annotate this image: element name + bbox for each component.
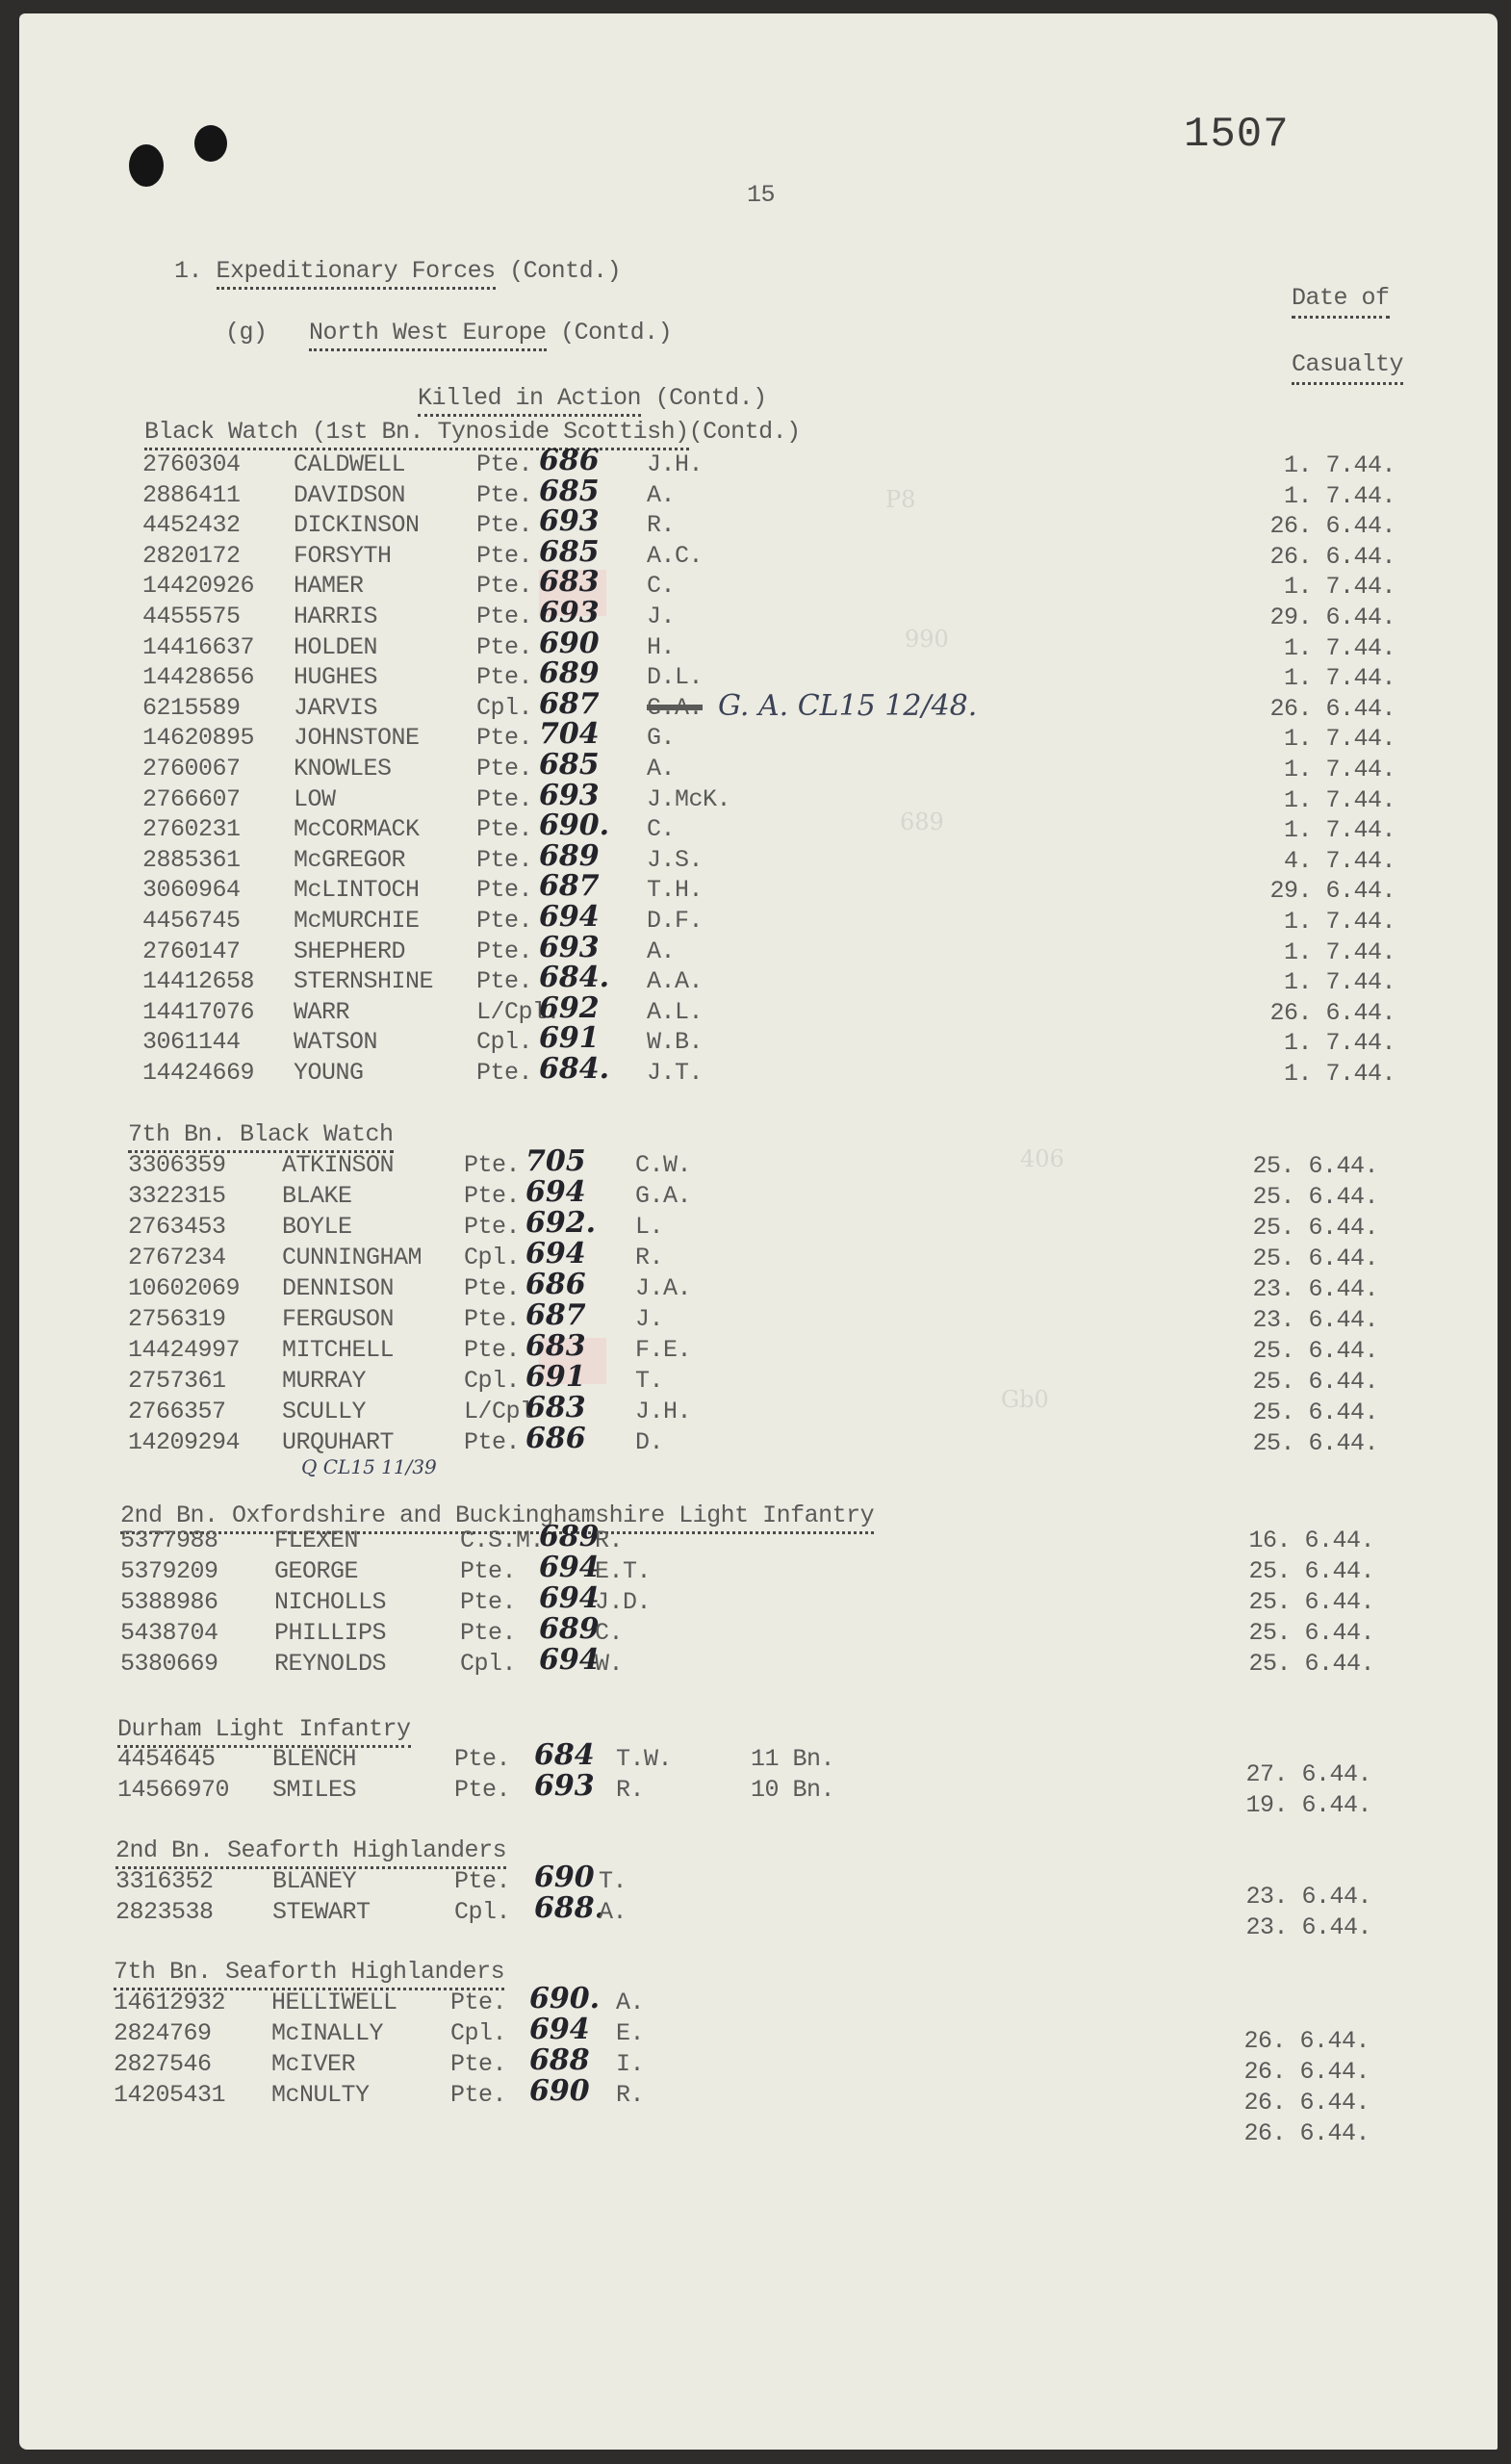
service-number: 3306359: [128, 1153, 226, 1177]
heading-category: Killed in Action (Contd.): [390, 362, 767, 410]
rank: Pte.: [476, 452, 532, 476]
service-number: 4456745: [142, 909, 241, 933]
casualty-date: 26. 6.44.: [1242, 697, 1396, 721]
service-number: 14205431: [114, 2083, 225, 2107]
service-number: 14209294: [128, 1430, 240, 1454]
rank: Pte.: [464, 1153, 520, 1177]
surname: SMILES: [272, 1778, 356, 1802]
surname: LOW: [294, 787, 336, 811]
handwritten-code: 691: [539, 1024, 600, 1053]
service-number: 5379209: [120, 1559, 218, 1583]
service-number: 3060964: [142, 878, 241, 902]
initials: T.: [599, 1869, 627, 1893]
row-note: Q CL15 11/39: [301, 1457, 437, 1476]
handwritten-code: 685: [539, 538, 600, 567]
initials: L.: [635, 1215, 663, 1239]
surname: URQUHART: [282, 1430, 394, 1454]
surname: DICKINSON: [294, 513, 420, 537]
casualty-date: 25. 6.44.: [1224, 1246, 1378, 1270]
heading-subsection: (g) North West Europe (Contd.): [197, 296, 672, 345]
rank: Pte.: [476, 726, 532, 750]
initials: J.T.: [647, 1061, 703, 1085]
service-number: 5388986: [120, 1590, 218, 1614]
handwritten-code: 684.: [539, 963, 609, 992]
casualty-date: 26. 6.44.: [1242, 514, 1396, 538]
initials: W.: [595, 1652, 623, 1676]
surname: HELLIWELL: [271, 1990, 397, 2015]
service-number: 4452432: [142, 513, 241, 537]
casualty-date: 1. 7.44.: [1242, 1062, 1396, 1086]
surname: McINALLY: [271, 2021, 383, 2045]
initials: R.: [616, 2083, 644, 2107]
surname: BLANEY: [272, 1869, 356, 1893]
casualty-date: 1. 7.44.: [1242, 666, 1396, 690]
casualty-date: 25. 6.44.: [1220, 1652, 1374, 1676]
surname: CALDWELL: [294, 452, 405, 476]
rank: Pte.: [464, 1338, 520, 1362]
handwritten-code: 685: [539, 477, 600, 506]
initials: A.: [647, 483, 675, 507]
rank: Pte.: [476, 604, 532, 629]
casualty-date: 26. 6.44.: [1216, 2060, 1370, 2084]
service-number: 2760067: [142, 757, 241, 781]
initials: F.E.: [635, 1338, 691, 1362]
service-number: 4455575: [142, 604, 241, 629]
casualty-date: 25. 6.44.: [1224, 1339, 1378, 1363]
service-number: 14566970: [117, 1778, 229, 1802]
service-number: 10602069: [128, 1276, 240, 1300]
surname: FLEXEN: [274, 1528, 358, 1553]
rank: Pte.: [454, 1778, 510, 1802]
surname: McMURCHIE: [294, 909, 420, 933]
casualty-date: 25. 6.44.: [1220, 1621, 1374, 1645]
casualty-date: 27. 6.44.: [1217, 1762, 1371, 1786]
handwritten-code: 685: [539, 751, 600, 780]
service-number: 2820172: [142, 544, 241, 568]
rank: Cpl.: [476, 1030, 532, 1054]
surname: WARR: [294, 1000, 349, 1024]
surname: McLINTOCH: [294, 878, 420, 902]
initials: C.: [647, 817, 675, 841]
service-number: 14428656: [142, 665, 254, 689]
rank: Pte.: [454, 1747, 510, 1771]
unit-title: Durham Light Infantry: [117, 1717, 411, 1741]
initials: A.A.: [647, 969, 703, 993]
initials: T.H.: [647, 878, 703, 902]
rank: Pte.: [476, 665, 532, 689]
initials: A.: [616, 1990, 644, 2015]
handwritten-code: 705: [525, 1147, 586, 1176]
surname: YOUNG: [294, 1061, 364, 1085]
casualty-date: 1. 7.44.: [1242, 636, 1396, 660]
unit-title: Black Watch (1st Bn. Tynoside Scottish)(…: [144, 420, 801, 444]
service-number: 2885361: [142, 848, 241, 872]
casualty-date: 26. 6.44.: [1216, 2121, 1370, 2145]
handwritten-code: 686: [525, 1270, 586, 1299]
handwritten-code: 694: [539, 1646, 600, 1675]
casualty-date: 26. 6.44.: [1242, 1001, 1396, 1025]
handwritten-code: 693: [539, 507, 600, 536]
surname: SCULLY: [282, 1399, 366, 1424]
rank: Pte.: [450, 2052, 506, 2076]
surname: McGREGOR: [294, 848, 405, 872]
rank: L/Cpl: [464, 1399, 534, 1424]
rank: Pte.: [464, 1184, 520, 1208]
initials: D.: [635, 1430, 663, 1454]
initials: J.: [635, 1307, 663, 1331]
casualty-date: 1. 7.44.: [1242, 453, 1396, 477]
surname: McCORMACK: [294, 817, 420, 841]
casualty-date: 25. 6.44.: [1224, 1431, 1378, 1455]
rank: Pte.: [476, 817, 532, 841]
surname: MURRAY: [282, 1369, 366, 1393]
handwritten-code: 694: [525, 1240, 586, 1269]
surname: DAVIDSON: [294, 483, 405, 507]
surname: CUNNINGHAM: [282, 1245, 422, 1270]
handwritten-code: 683: [525, 1332, 586, 1361]
casualty-date: 1. 7.44.: [1242, 940, 1396, 964]
service-number: 3316352: [115, 1869, 214, 1893]
service-number: 2886411: [142, 483, 241, 507]
surname: WATSON: [294, 1030, 377, 1054]
surname: STEWART: [272, 1900, 371, 1924]
handwritten-code: 690: [534, 1863, 595, 1892]
rank: Pte.: [460, 1559, 516, 1583]
initials: H.: [647, 635, 675, 659]
service-number: 14424669: [142, 1061, 254, 1085]
rank: Cpl.: [460, 1652, 516, 1676]
handwritten-code: 683: [525, 1394, 586, 1423]
casualty-date: 1. 7.44.: [1242, 757, 1396, 782]
heading-subsection-prefix: (g): [225, 319, 268, 346]
initials: G.A.: [647, 696, 703, 720]
column-header-date: Date of Casualty: [1264, 252, 1403, 385]
unit-title: 2nd Bn. Oxfordshire and Buckinghamshire …: [120, 1503, 874, 1527]
row-note: G. A. CL15 12/48.: [718, 692, 977, 721]
handwritten-code: 689: [539, 1523, 600, 1552]
surname: KNOWLES: [294, 757, 392, 781]
heading-section-prefix: 1.: [174, 257, 202, 285]
casualty-date: 1. 7.44.: [1242, 727, 1396, 751]
initials: R.: [635, 1245, 663, 1270]
service-number: 14420926: [142, 574, 254, 598]
casualty-date: 29. 6.44.: [1242, 605, 1396, 629]
surname: HAMER: [294, 574, 364, 598]
rank: C.S.M.: [460, 1528, 544, 1553]
service-number: 2760147: [142, 939, 241, 963]
initials: C.: [595, 1621, 623, 1645]
handwritten-code: 683: [539, 568, 600, 597]
initials: D.L.: [647, 665, 703, 689]
service-number: 14620895: [142, 726, 254, 750]
rank: Cpl.: [476, 696, 532, 720]
rank: Pte.: [460, 1621, 516, 1645]
surname: ATKINSON: [282, 1153, 394, 1177]
rank: Pte.: [476, 848, 532, 872]
handwritten-code: 694: [525, 1178, 586, 1207]
casualty-date: 26. 6.44.: [1242, 545, 1396, 569]
initials: A.C.: [647, 544, 703, 568]
unit-name: Durham Light Infantry: [117, 1715, 411, 1748]
service-number: 2766607: [142, 787, 241, 811]
initials: J.D.: [595, 1590, 651, 1614]
rank: Pte.: [476, 513, 532, 537]
row-note: 10 Bn.: [751, 1778, 834, 1802]
rank: Pte.: [464, 1276, 520, 1300]
surname: BOYLE: [282, 1215, 352, 1239]
casualty-date: 25. 6.44.: [1220, 1559, 1374, 1583]
rank: Pte.: [476, 909, 532, 933]
service-number: 2824769: [114, 2021, 212, 2045]
handwritten-code: 689: [539, 659, 600, 688]
heading-subsection-suffix: (Contd.): [560, 319, 672, 346]
service-number: 5380669: [120, 1652, 218, 1676]
service-number: 6215589: [142, 696, 241, 720]
service-number: 3061144: [142, 1030, 241, 1054]
service-number: 2823538: [115, 1900, 214, 1924]
initials: R.: [647, 513, 675, 537]
casualty-date: 23. 6.44.: [1224, 1277, 1378, 1301]
initials: T.W.: [616, 1747, 672, 1771]
casualty-date: 1. 7.44.: [1242, 970, 1396, 994]
handwritten-code: 694: [539, 1584, 600, 1613]
surname: HOLDEN: [294, 635, 377, 659]
service-number: 14612932: [114, 1990, 225, 2015]
handwritten-code: 694: [529, 2015, 590, 2044]
column-header-line1: Date of: [1292, 283, 1390, 319]
initials: G.: [647, 726, 675, 750]
rank: Pte.: [450, 2083, 506, 2107]
surname: REYNOLDS: [274, 1652, 386, 1676]
initials: I.: [616, 2052, 644, 2076]
rank: Pte.: [460, 1590, 516, 1614]
service-number: 14417076: [142, 1000, 254, 1024]
service-number: 2760304: [142, 452, 241, 476]
casualty-date: 26. 6.44.: [1216, 2091, 1370, 2115]
unit-name: 7th Bn. Seaforth Highlanders: [114, 1958, 504, 1990]
casualty-date: 25. 6.44.: [1224, 1370, 1378, 1394]
initials: E.: [616, 2021, 644, 2045]
handwritten-code: 684: [534, 1741, 595, 1770]
initials: T.: [635, 1369, 663, 1393]
rank: Pte.: [454, 1869, 510, 1893]
service-number: 5377988: [120, 1528, 218, 1553]
casualty-date: 25. 6.44.: [1224, 1154, 1378, 1178]
initials: J.H.: [635, 1399, 691, 1424]
surname: JOHNSTONE: [294, 726, 420, 750]
initials: A.: [647, 939, 675, 963]
rank: Pte.: [476, 544, 532, 568]
initials: R.: [595, 1528, 623, 1553]
surname: SHEPHERD: [294, 939, 405, 963]
initials: J.: [647, 604, 675, 629]
unit-name: 2nd Bn. Seaforth Highlanders: [115, 1836, 506, 1869]
handwritten-code: 704: [539, 720, 600, 749]
handwritten-code: 687: [539, 690, 600, 719]
unit-title-suffix: (Contd.): [689, 418, 801, 446]
punch-hole: [194, 125, 227, 162]
initials: J.H.: [647, 452, 703, 476]
service-number: 2766357: [128, 1399, 226, 1424]
rank: Pte.: [464, 1430, 520, 1454]
casualty-date: 1. 7.44.: [1242, 788, 1396, 812]
service-number: 2767234: [128, 1245, 226, 1270]
surname: JARVIS: [294, 696, 377, 720]
casualty-date: 25. 6.44.: [1224, 1185, 1378, 1209]
handwritten-code: 693: [539, 782, 600, 810]
handwritten-code: 690.: [539, 811, 609, 840]
casualty-date: 16. 6.44.: [1220, 1528, 1374, 1553]
casualty-date: 23. 6.44.: [1217, 1885, 1371, 1909]
initials: E.T.: [595, 1559, 651, 1583]
surname: GEORGE: [274, 1559, 358, 1583]
handwritten-code: 691: [525, 1363, 586, 1392]
handwritten-code: 687: [539, 872, 600, 901]
casualty-date: 4. 7.44.: [1242, 849, 1396, 873]
initials: J.A.: [635, 1276, 691, 1300]
handwritten-code: 692.: [525, 1209, 596, 1238]
casualty-date: 1. 7.44.: [1242, 1031, 1396, 1055]
rank: Cpl.: [450, 2021, 506, 2045]
casualty-date: 1. 7.44.: [1242, 818, 1396, 842]
surname: DENNISON: [282, 1276, 394, 1300]
handwritten-code: 690: [529, 2077, 590, 2106]
surname: MITCHELL: [282, 1338, 394, 1362]
initials: D.F.: [647, 909, 703, 933]
surname: STERNSHINE: [294, 969, 433, 993]
initials: C.: [647, 574, 675, 598]
initials: A.: [647, 757, 675, 781]
column-header-line2: Casualty: [1292, 349, 1403, 385]
heading-category-suffix: (Contd.): [655, 384, 767, 412]
surname: PHILLIPS: [274, 1621, 386, 1645]
surname: HUGHES: [294, 665, 377, 689]
rank: Pte.: [464, 1307, 520, 1331]
rank: Cpl.: [454, 1900, 510, 1924]
initials: J.McK.: [647, 787, 730, 811]
rank: Pte.: [476, 969, 532, 993]
initials: R.: [616, 1778, 644, 1802]
surname: FORSYTH: [294, 544, 392, 568]
handwritten-code: 690.: [529, 1985, 600, 2014]
handwritten-code: 689: [539, 842, 600, 871]
handwritten-code: 692: [539, 994, 600, 1023]
rank: Cpl.: [464, 1245, 520, 1270]
unit-name: Black Watch (1st Bn. Tynoside Scottish): [144, 418, 689, 450]
rank: Pte.: [476, 635, 532, 659]
handwritten-code: 686: [525, 1424, 586, 1453]
folio-number: 1507: [1184, 114, 1290, 156]
heading-section-suffix: (Contd.): [509, 257, 621, 285]
rank: Pte.: [476, 574, 532, 598]
handwritten-code: 693: [534, 1772, 595, 1801]
row-note: 11 Bn.: [751, 1747, 834, 1771]
surname: HARRIS: [294, 604, 377, 629]
handwritten-code: 684.: [539, 1055, 609, 1084]
casualty-date: 1. 7.44.: [1242, 575, 1396, 599]
casualty-date: 19. 6.44.: [1217, 1793, 1371, 1817]
heading-section: 1. Expeditionary Forces (Contd.): [146, 235, 621, 283]
rank: Pte.: [476, 939, 532, 963]
handwritten-code: 688.: [534, 1894, 604, 1923]
handwritten-code: 689: [539, 1615, 600, 1644]
handwritten-code: 694: [539, 903, 600, 932]
initials: A.L.: [647, 1000, 703, 1024]
handwritten-code: 693: [539, 599, 600, 628]
rank: Pte.: [464, 1215, 520, 1239]
unit-title: 7th Bn. Seaforth Highlanders: [114, 1960, 504, 1984]
service-number: 2757361: [128, 1369, 226, 1393]
rank: Pte.: [476, 1061, 532, 1085]
service-number: 14424997: [128, 1338, 240, 1362]
unit-title: 7th Bn. Black Watch: [128, 1122, 394, 1146]
service-number: 4454645: [117, 1747, 216, 1771]
service-number: 5438704: [120, 1621, 218, 1645]
service-number: 2760231: [142, 817, 241, 841]
casualty-date: 23. 6.44.: [1217, 1915, 1371, 1939]
handwritten-code: 687: [525, 1301, 586, 1330]
casualty-date: 29. 6.44.: [1242, 879, 1396, 903]
initials: J.S.: [647, 848, 703, 872]
casualty-date: 1. 7.44.: [1242, 910, 1396, 934]
initials: W.B.: [647, 1030, 703, 1054]
initials: G.A.: [635, 1184, 691, 1208]
service-number: 3322315: [128, 1184, 226, 1208]
rank: Pte.: [476, 787, 532, 811]
service-number: 2763453: [128, 1215, 226, 1239]
handwritten-code: 690: [539, 629, 600, 658]
rank: Pte.: [476, 878, 532, 902]
handwritten-code: 694: [539, 1553, 600, 1582]
service-number: 2827546: [114, 2052, 212, 2076]
service-number: 14416637: [142, 635, 254, 659]
surname: McIVER: [271, 2052, 355, 2076]
initials: A.: [599, 1900, 627, 1924]
punch-hole: [129, 144, 164, 187]
heading-subsection-title: North West Europe: [309, 319, 547, 351]
surname: BLENCH: [272, 1747, 356, 1771]
casualty-date: 23. 6.44.: [1224, 1308, 1378, 1332]
handwritten-code: 693: [539, 934, 600, 962]
casualty-date: 25. 6.44.: [1220, 1590, 1374, 1614]
heading-category-title: Killed in Action: [418, 384, 641, 417]
rank: Pte.: [476, 757, 532, 781]
service-number: 14412658: [142, 969, 254, 993]
surname: BLAKE: [282, 1184, 352, 1208]
surname: McNULTY: [271, 2083, 370, 2107]
page-number: 15: [747, 183, 775, 207]
casualty-date: 1. 7.44.: [1242, 484, 1396, 508]
unit-title: 2nd Bn. Seaforth Highlanders: [115, 1838, 506, 1862]
rank: Pte.: [450, 1990, 506, 2015]
rank: Pte.: [476, 483, 532, 507]
casualty-date: 25. 6.44.: [1224, 1216, 1378, 1240]
surname: NICHOLLS: [274, 1590, 386, 1614]
rank: Cpl.: [464, 1369, 520, 1393]
unit-name: 7th Bn. Black Watch: [128, 1120, 394, 1153]
handwritten-code: 688: [529, 2046, 590, 2075]
service-number: 2756319: [128, 1307, 226, 1331]
casualty-date: 25. 6.44.: [1224, 1400, 1378, 1424]
initials: C.W.: [635, 1153, 691, 1177]
casualty-date: 26. 6.44.: [1216, 2029, 1370, 2053]
handwritten-code: 686: [539, 447, 600, 475]
heading-section-title: Expeditionary Forces: [217, 257, 496, 290]
surname: FERGUSON: [282, 1307, 394, 1331]
